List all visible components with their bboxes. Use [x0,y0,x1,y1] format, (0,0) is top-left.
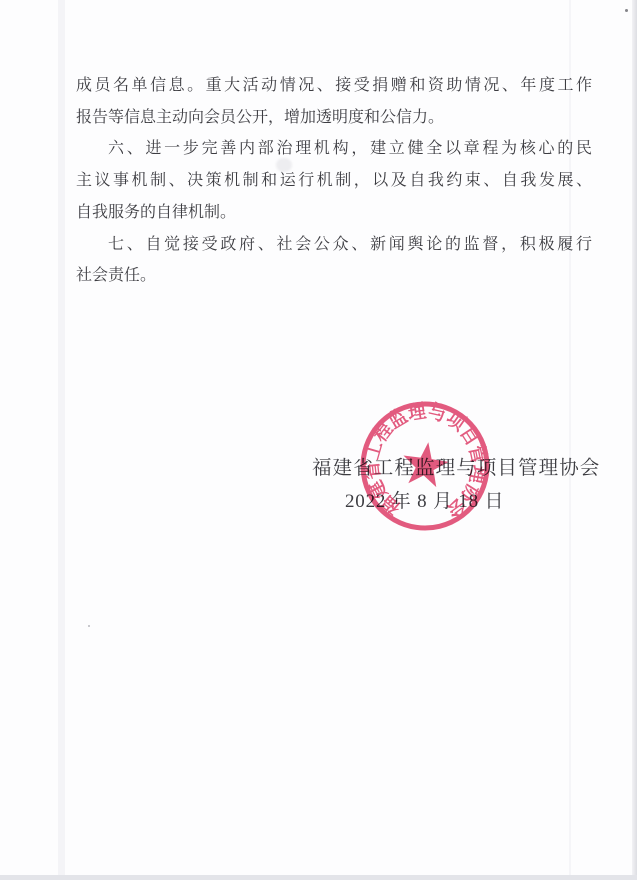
scan-fold-line-left [58,0,65,880]
signature-organization: 福建省工程监理与项目管理协会 [312,452,600,480]
scan-edge-bottom [0,875,637,880]
text-line: 报告等信息主动向会员公开，增加透明度和公信力。 [76,102,592,134]
signature-date: 2022 年 8 月 18 日 [345,486,504,513]
body-text: 成员名单信息。重大活动情况、接受捐赠和资助情况、年度工作 报告等信息主动向会员公… [76,70,592,292]
text-line: 成员名单信息。重大活动情况、接受捐赠和资助情况、年度工作 [76,70,592,102]
text-line: 六、进一步完善内部治理机构，建立健全以章程为核心的民 [76,133,592,165]
text-line: 自我服务的自律机制。 [76,197,592,229]
scan-edge-right [632,0,637,880]
scan-speck [625,9,628,12]
text-line: 七、自觉接受政府、社会公众、新闻舆论的监督，积极履行 [76,229,592,261]
text-line: 主议事机制、决策机制和运行机制，以及自我约束、自我发展、 [76,165,592,197]
text-line: 社会责任。 [76,260,592,292]
scan-speck [88,625,90,627]
